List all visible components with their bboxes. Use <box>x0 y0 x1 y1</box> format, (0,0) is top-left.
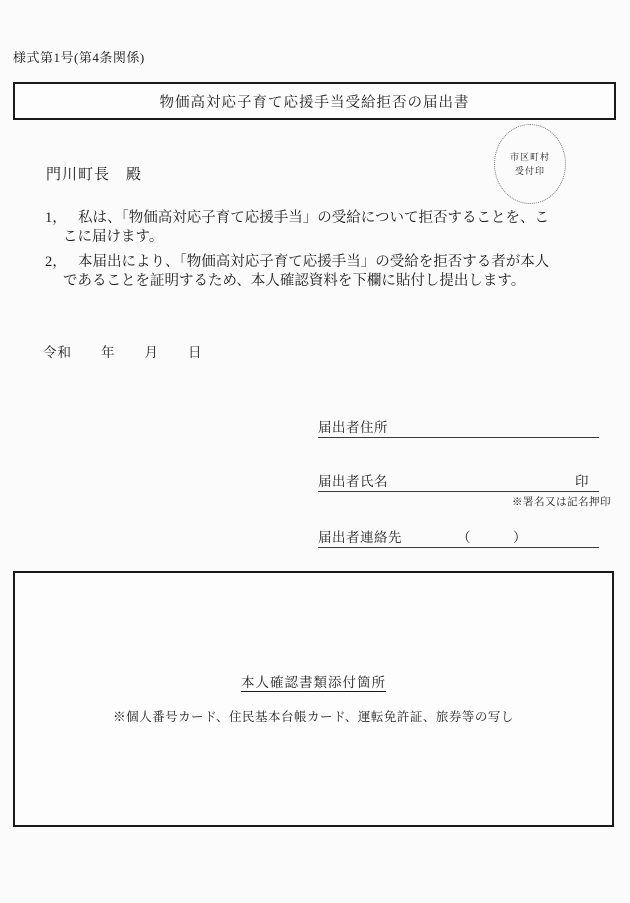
item-2-number: 2， <box>45 253 67 272</box>
date-line: 令和 年 月 日 <box>43 341 203 361</box>
item-1-number: 1， <box>45 209 67 228</box>
contact-parentheses: （ ） <box>457 526 527 546</box>
contact-label: 届出者連絡先 <box>318 526 402 546</box>
form-number: 様式第1号(第4条関係) <box>13 47 145 66</box>
attachment-box: 本人確認書類添付箇所 ※個人番号カード、住民基本台帳カード、運転免許証、旅券等の… <box>13 571 614 827</box>
attachment-title: 本人確認書類添付箇所 <box>15 671 612 691</box>
item-2-line-1: 本届出により、「物価高対応子育て応援手当」の受給を拒否する者が本人 <box>63 253 549 272</box>
item-2-text: 本届出により、「物価高対応子育て応援手当」の受給を拒否する者が本人 であることを… <box>63 253 549 290</box>
stamp-line-1: 市区町村 <box>510 150 550 164</box>
item-1-line-1: 私は、「物価高対応子育て応援手当」の受給について拒否することを、こ <box>63 209 549 228</box>
attachment-note: ※個人番号カード、住民基本台帳カード、運転免許証、旅券等の写し <box>15 707 612 725</box>
title-box: 物価高対応子育て応援手当受給拒否の届出書 <box>13 82 616 120</box>
form-title: 物価高対応子育て応援手当受給拒否の届出書 <box>160 91 470 112</box>
item-2-line-2: であることを証明するため、本人確認資料を下欄に貼付し提出します。 <box>63 272 549 291</box>
document-page: 様式第1号(第4条関係) 物価高対応子育て応援手当受給拒否の届出書 市区町村 受… <box>0 0 630 903</box>
item-1-line-2: こに届けます。 <box>63 228 549 247</box>
declaration-item-2: 2， 本届出により、「物価高対応子育て応援手当」の受給を拒否する者が本人 である… <box>45 253 549 290</box>
address-field-row: 届出者住所 <box>318 416 599 438</box>
addressee: 門川町長 殿 <box>46 163 142 184</box>
item-1-text: 私は、「物価高対応子育て応援手当」の受給について拒否することを、こ こに届けます… <box>63 209 549 246</box>
reception-stamp-circle: 市区町村 受付印 <box>494 124 566 204</box>
declaration-item-1: 1， 私は、「物価高対応子育て応援手当」の受給について拒否することを、こ こに届… <box>45 209 549 246</box>
seal-note: ※署名又は記名押印 <box>318 494 611 509</box>
address-label: 届出者住所 <box>318 416 388 436</box>
name-label: 届出者氏名 <box>318 470 388 490</box>
stamp-line-2: 受付印 <box>515 164 545 178</box>
seal-mark: 印 <box>575 470 589 490</box>
contact-field-row: 届出者連絡先 （ ） <box>318 526 599 548</box>
name-field-row: 届出者氏名 印 <box>318 470 599 492</box>
